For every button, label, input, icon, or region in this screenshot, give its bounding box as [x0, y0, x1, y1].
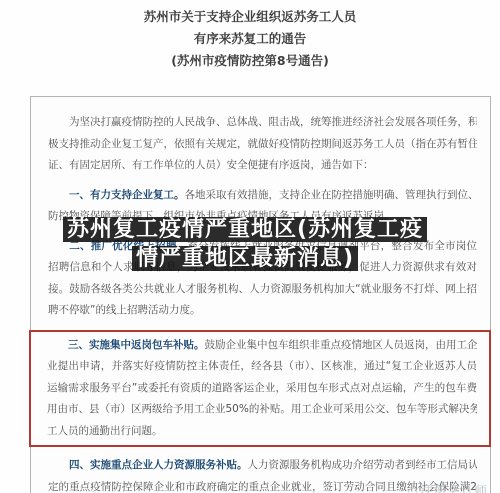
notice-title-line1: 苏州市关于支持企业组织返苏务工人员: [0, 6, 500, 28]
section-2-line3: 接。鼓励各级各类公共就业人才服务机构、人力资源服务机构加大“就业服务不打烊、网上…: [48, 283, 477, 295]
notice-body-card: 为坚决打赢疫情防控的人民战争、总体战、阻击战，统筹推进经济社会发展各项任务，积 …: [30, 96, 491, 493]
watermark-logo-icon: ○: [408, 485, 419, 493]
notice-title-line2: 有序来苏复工的通告: [0, 28, 500, 50]
section-2-line4: 聘不停歇”的线上招聘活动力度。: [48, 304, 200, 316]
section-3-line1: 鼓励企业集中包车组织非重点疫情地区人员返岗，由用工企: [205, 339, 478, 351]
section-3-line4: 用由市、县（市）区两级给予用工企业50%的补贴。用工企业可采用公交、包车等形式解…: [47, 403, 477, 415]
intro-line3: 证、有固定居所、有工作单位的人员）安全便捷有序返岗，通告如下：: [48, 159, 374, 171]
watermark: ○注册会计师: [408, 481, 488, 493]
highlight-red-box: 三、实施集中返岗包车补贴。鼓励企业集中包车组织非重点疫情地区人员返岗，由用工企 …: [29, 330, 491, 448]
notice-image: 苏州市关于支持企业组织返苏务工人员 有序来苏复工的通告 (苏州市疫情防控第8号通…: [0, 0, 500, 493]
section-4-line1: 人力资源服务机构成功介绍劳动者到经市工信局认: [248, 459, 478, 471]
section-3-line3: 运输需求服务平台”或委托有资质的道路客运企业，采用包车形式点对点运输，产生的包车…: [47, 382, 477, 394]
black-banner-headline: 苏州复工疫情严重地区(苏州复工疫 情严重地区最新消息): [0, 215, 490, 273]
notice-title: 苏州市关于支持企业组织返苏务工人员 有序来苏复工的通告 (苏州市疫情防控第8号通…: [0, 6, 500, 72]
notice-title-line3: (苏州市疫情防控第8号通告): [0, 50, 500, 72]
intro-paragraph: 为坚决打赢疫情防控的人民战争、总体战、阻击战，统筹推进经济社会发展各项任务，积 …: [48, 112, 477, 177]
section-3-heading: 三、实施集中返岗包车补贴。: [68, 339, 205, 351]
banner-line2: 情严重地区最新消息): [132, 246, 358, 271]
watermark-text: 注册会计师: [420, 483, 488, 493]
intro-line2: 极支持推动企业复工复产，依照有关规定，就做好疫情防控期间返苏务工人员（指在苏有暂…: [48, 138, 477, 150]
section-3-line2: 业提出申请，并落实好疫情防控主体责任，经各县（市）、区核准，通过“复工企业返苏人…: [47, 360, 477, 372]
section-3-paragraph: 三、实施集中返岗包车补贴。鼓励企业集中包车组织非重点疫情地区人员返岗，由用工企 …: [47, 335, 477, 443]
banner-line1: 苏州复工疫情严重地区(苏州复工疫: [63, 217, 427, 242]
section-3-line5: 工人员的通勤出行问题。: [47, 425, 163, 437]
intro-line1: 为坚决打赢疫情防控的人民战争、总体战、阻击战，统筹推进经济社会发展各项任务，积: [69, 116, 477, 128]
section-1-line1: 各地采取有效措施，支持企业在防控措施明确、管理执行到位、: [185, 189, 478, 201]
section-1-heading: 一、有力支持企业复工。: [69, 189, 185, 201]
section-4-heading: 四、实施重点企业人力资源服务补贴。: [69, 459, 248, 471]
